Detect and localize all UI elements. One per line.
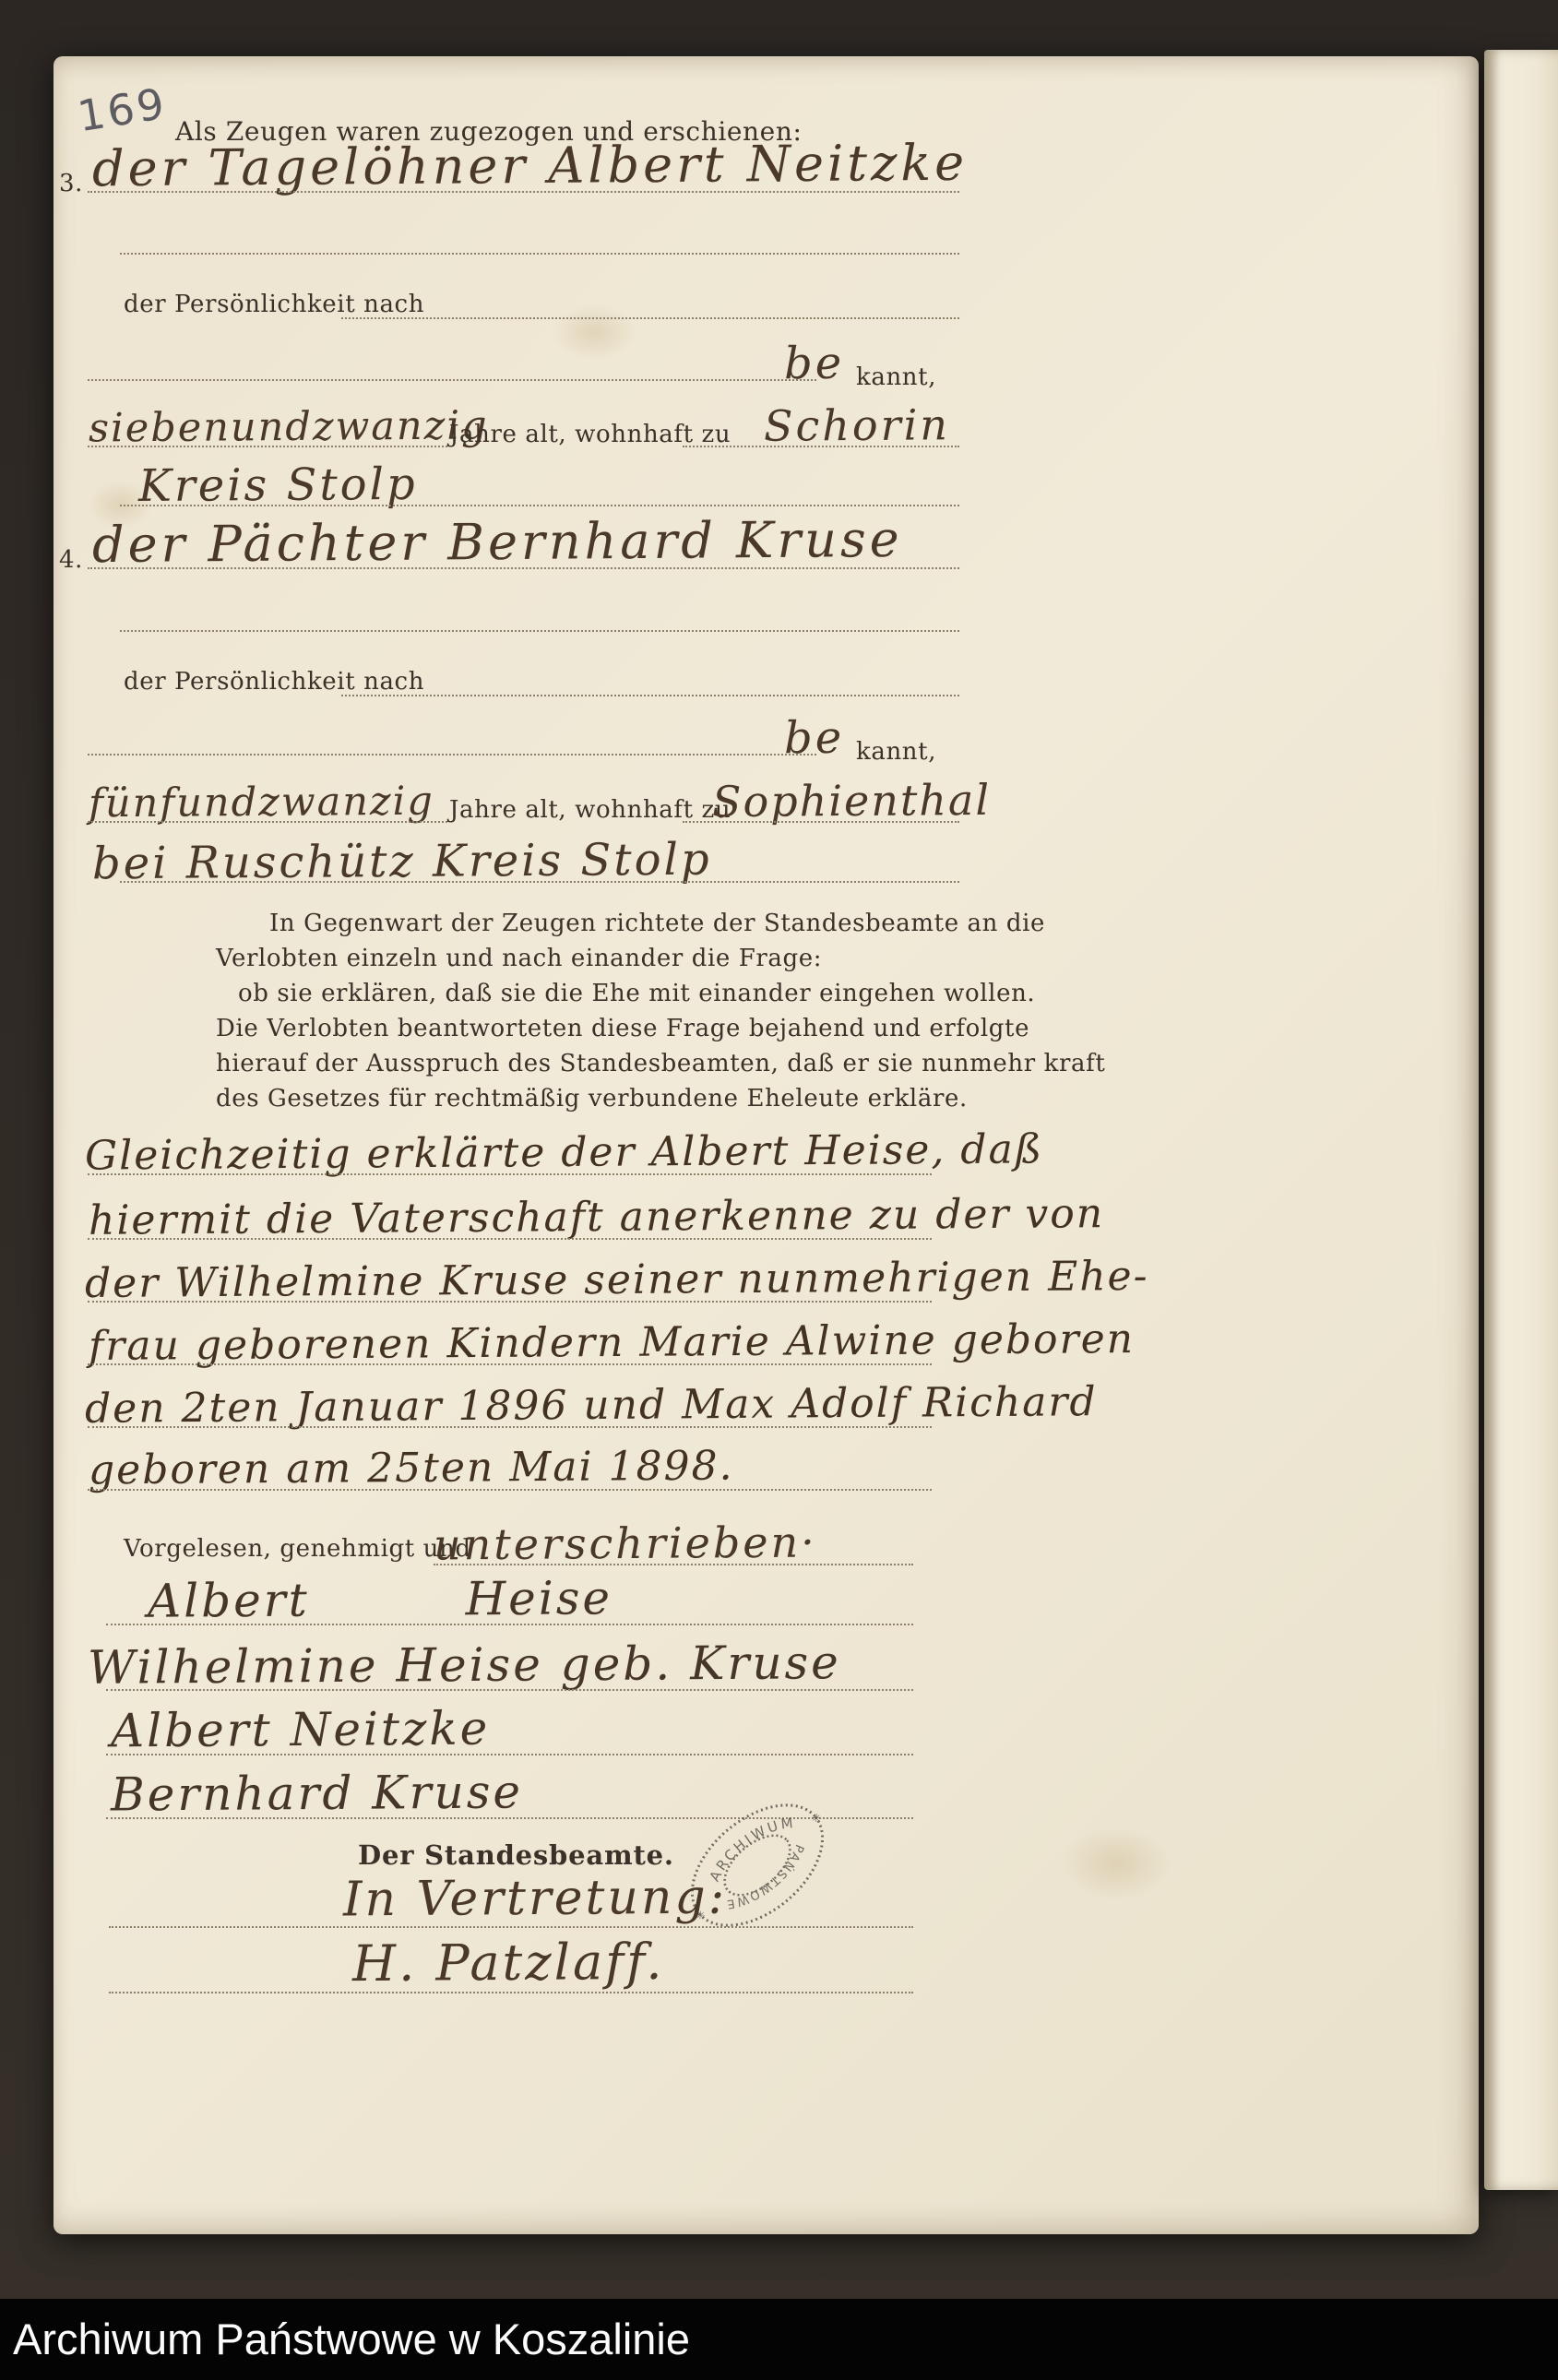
witness3-age-handwriting: siebenundzwanzig — [89, 402, 489, 451]
dotted-rule — [88, 446, 447, 447]
dotted-rule — [109, 1926, 913, 1928]
dotted-rule — [88, 1173, 932, 1175]
archive-footer-label: Archiwum Państwowe w Koszalinie — [13, 2299, 690, 2380]
dotted-rule — [88, 1301, 932, 1303]
dotted-rule — [88, 754, 816, 756]
dotted-rule — [341, 695, 959, 696]
statement-line: hierauf der Ausspruch des Standesbeamten… — [216, 1050, 1105, 1077]
dotted-rule — [434, 1564, 913, 1565]
dotted-rule — [120, 630, 959, 632]
declaration-line: den 2ten Januar 1896 und Max Adolf Richa… — [85, 1378, 1098, 1433]
declaration-line: geboren am 25ten Mai 1898. — [89, 1443, 734, 1494]
dotted-rule — [88, 821, 447, 823]
dotted-rule — [106, 1754, 913, 1755]
witness3-identity-label: der Persönlichkeit nach — [124, 291, 424, 318]
signature-albert-neitzke: Albert Neitzke — [111, 1702, 491, 1758]
dotted-rule — [120, 881, 959, 883]
dotted-rule — [109, 1992, 913, 1993]
witness3-kannt-printed: kannt, — [856, 363, 936, 391]
declaration-line: hiermit die Vaterschaft anerkenne zu der… — [89, 1190, 1104, 1244]
witness4-entry-handwriting: der Pächter Bernhard Kruse — [92, 510, 903, 574]
witness3-residence-handwriting: Schorin — [764, 399, 950, 450]
statement-line: Verlobten einzeln und nach einander die … — [216, 945, 822, 972]
registrar-signature-handwriting: H. Patzlaff. — [352, 1933, 665, 1993]
dotted-rule — [88, 1426, 932, 1428]
witness4-residence-handwriting: Sophienthal — [712, 775, 991, 827]
witness4-age-printed-label: Jahre alt, wohnhaft zu — [449, 796, 731, 824]
dotted-rule — [341, 317, 959, 319]
witness3-age-printed-label: Jahre alt, wohnhaft zu — [449, 421, 731, 448]
witness4-identity-label: der Persönlichkeit nach — [124, 668, 424, 696]
declaration-line: Gleichzeitig erklärte der Albert Heise, … — [85, 1125, 1043, 1179]
scanned-registry-page: 169 Als Zeugen waren zugezogen und ersch… — [0, 0, 1558, 2380]
witness3-entry-handwriting: der Tagelöhner Albert Neitzke — [92, 134, 969, 198]
paper-stain — [1061, 1827, 1171, 1900]
witness3-be-handwriting: be — [784, 338, 845, 389]
witness3-index: 3. — [59, 170, 83, 197]
dotted-rule — [683, 446, 959, 447]
closing-printed: Vorgelesen, genehmigt und — [124, 1535, 471, 1563]
dotted-rule — [106, 1624, 913, 1625]
witness4-index: 4. — [59, 546, 83, 574]
next-page-edge — [1484, 50, 1558, 2190]
witness4-be-handwriting: be — [784, 712, 845, 764]
paper-stain — [553, 304, 636, 360]
declaration-line: der Wilhelmine Kruse seiner nunmehrigen … — [85, 1253, 1149, 1307]
dotted-rule — [88, 1238, 932, 1240]
signature-albert-heise: Albert Heise — [148, 1571, 612, 1628]
statement-line: Die Verlobten beantworteten diese Frage … — [216, 1015, 1029, 1042]
dotted-rule — [120, 253, 959, 255]
registrar-deputy-note-handwriting: In Vertretung: — [343, 1870, 728, 1928]
witness4-kannt-printed: kannt, — [856, 738, 936, 766]
statement-line: ob sie erklären, daß sie die Ehe mit ein… — [238, 980, 1035, 1007]
dotted-rule — [88, 567, 959, 569]
dotted-rule — [88, 1489, 932, 1491]
statement-line: des Gesetzes für rechtmäßig verbundene E… — [216, 1085, 968, 1113]
witness4-age-handwriting: fünfundzwanzig — [89, 779, 434, 827]
dotted-rule — [88, 191, 959, 193]
archive-footer-bar: Archiwum Państwowe w Koszalinie — [0, 2299, 1558, 2380]
registrar-title: Der Standesbeamte. — [358, 1839, 674, 1871]
dotted-rule — [106, 1689, 913, 1691]
dotted-rule — [120, 505, 959, 506]
declaration-line: frau geborenen Kindern Marie Alwine gebo… — [89, 1315, 1135, 1370]
dotted-rule — [683, 821, 959, 823]
closing-handwritten: unterschrieben· — [434, 1517, 817, 1570]
dotted-rule — [88, 1363, 932, 1365]
signature-wilhelmine-heise: Wilhelmine Heise geb. Kruse — [88, 1636, 841, 1695]
statement-line: In Gegenwart der Zeugen richtete der Sta… — [269, 910, 1045, 937]
dotted-rule — [88, 379, 816, 381]
signature-bernhard-kruse: Bernhard Kruse — [111, 1765, 523, 1821]
